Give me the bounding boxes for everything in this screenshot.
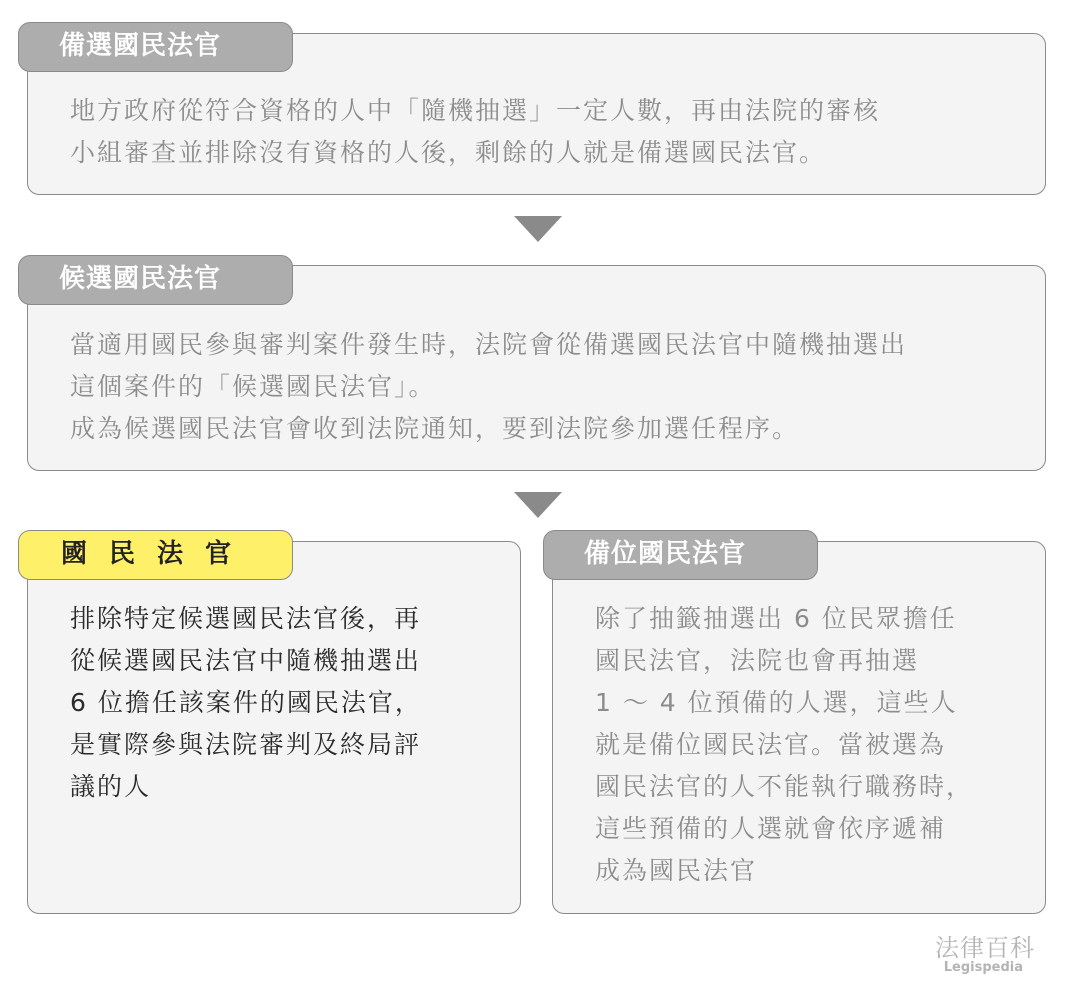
outcome-text-citizen-judges: 排除特定候選國民法官後，再 從候選國民法官中隨機抽選出 6 位擔任該案件的國民法… [70,598,510,808]
down-arrow-icon [514,492,562,518]
step-text-reserve-pool: 地方政府從符合資格的人中「隨機抽選」一定人數，再由法院的審核 小組審查並排除沒有… [70,90,1030,174]
down-arrow-icon [514,216,562,242]
outcome-text-alternate-judges: 除了抽籤抽選出 6 位民眾擔任 國民法官，法院也會再抽選 1 ～ 4 位預備的人… [595,598,1035,892]
watermark-logo-zh: 法律百科 [935,928,1035,963]
outcome-title-citizen-judges: 國民法官 [18,530,293,580]
step-text-candidates: 當適用國民參與審判案件發生時，法院會從備選國民法官中隨機抽選出 這個案件的「候選… [70,324,1040,450]
watermark-logo-en: Legispedia [944,960,1023,975]
step-title-candidates: 候選國民法官 [18,255,293,305]
step-title-reserve-pool: 備選國民法官 [18,22,293,72]
outcome-title-alternate-judges: 備位國民法官 [543,530,818,580]
